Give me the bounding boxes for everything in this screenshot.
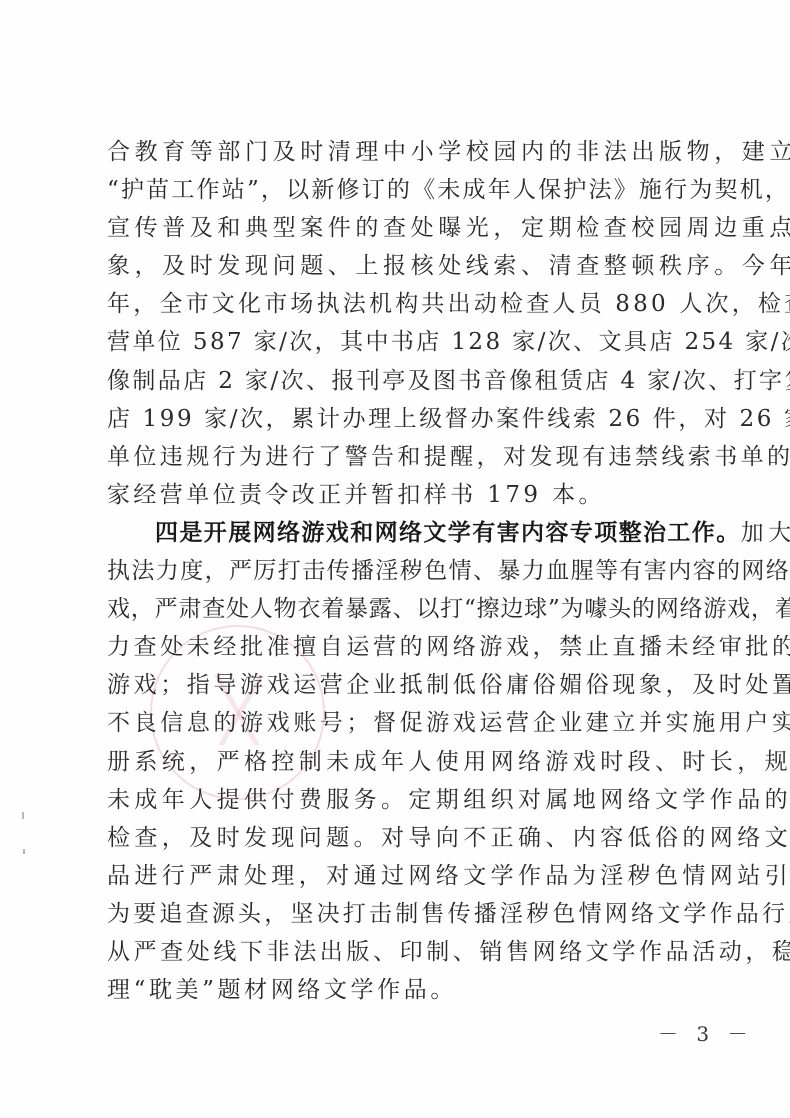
text-line: 检查，及时发现问题。对导向不正确、内容低俗的网络文学作	[107, 819, 707, 857]
text-fragment: 加大	[741, 520, 790, 546]
text-line: 执法力度，严厉打击传播淫秽色情、暴力血腥等有害内容的网络游	[107, 552, 707, 590]
text-line: 不良信息的游戏账号；督促游戏运营企业建立并实施用户实名注	[107, 704, 707, 742]
text-line: 象，及时发现问题、上报核处线索、清查整顿秩序。今年上半	[107, 247, 707, 285]
binding-mark	[23, 849, 25, 854]
section-heading: 四是开展网络游戏和网络文学有害内容专项整治工作。	[155, 519, 741, 546]
text-line: 品进行严肃处理，对通过网络文学作品为淫秽色情网站引流行	[107, 857, 707, 895]
text-line: 未成年人提供付费服务。定期组织对属地网络文学作品的抽样	[107, 781, 707, 819]
text-line: 年，全市文化市场执法机构共出动检查人员 880 人次，检查经	[107, 285, 707, 323]
page-number: － 3 －	[658, 1018, 753, 1047]
body-text: 合教育等部门及时清理中小学校园内的非法出版物，建立校园 “护苗工作站”，以新修订…	[107, 133, 707, 1009]
text-line: 理“耽美”题材网络文学作品。	[107, 971, 707, 1009]
text-line: 单位违规行为进行了警告和提醒，对发现有违禁线索书单的 19	[107, 438, 707, 476]
text-line: 力查处未经批准擅自运营的网络游戏，禁止直播未经审批的网络	[107, 628, 707, 666]
text-line: 为要追查源头，坚决打击制售传播淫秽色情网络文学作品行为，	[107, 895, 707, 933]
text-line: 游戏；指导游戏运营企业抵制低俗庸俗媚俗现象，及时处置发布	[107, 666, 707, 704]
text-line: 合教育等部门及时清理中小学校园内的非法出版物，建立校园	[107, 133, 707, 171]
text-line: 像制品店 2 家/次、报刊亭及图书音像租赁店 4 家/次、打字复印	[107, 362, 707, 400]
document-page: 合教育等部门及时清理中小学校园内的非法出版物，建立校园 “护苗工作站”，以新修订…	[0, 0, 790, 1118]
text-line: 宣传普及和典型案件的查处曝光，定期检查校园周边重点对	[107, 209, 707, 247]
text-line: 册系统，严格控制未成年人使用网络游戏时段、时长，规范向	[107, 743, 707, 781]
text-line: 家经营单位责令改正并暂扣样书 179 本。	[107, 476, 707, 514]
text-line: 营单位 587 家/次，其中书店 128 家/次、文具店 254 家/次、音	[107, 323, 707, 361]
binding-mark	[22, 812, 24, 819]
text-line: “护苗工作站”，以新修订的《未成年人保护法》施行为契机，抓好	[107, 171, 707, 209]
paragraph-first-line: 四是开展网络游戏和网络文学有害内容专项整治工作。加大	[107, 514, 707, 552]
text-line: 戏，严肃查处人物衣着暴露、以打“擦边球”为噱头的网络游戏，着	[107, 590, 707, 628]
text-line: 店 199 家/次，累计办理上级督办案件线索 26 件，对 26 家经营	[107, 400, 707, 438]
text-line: 从严查处线下非法出版、印制、销售网络文学作品活动，稳妥处	[107, 933, 707, 971]
